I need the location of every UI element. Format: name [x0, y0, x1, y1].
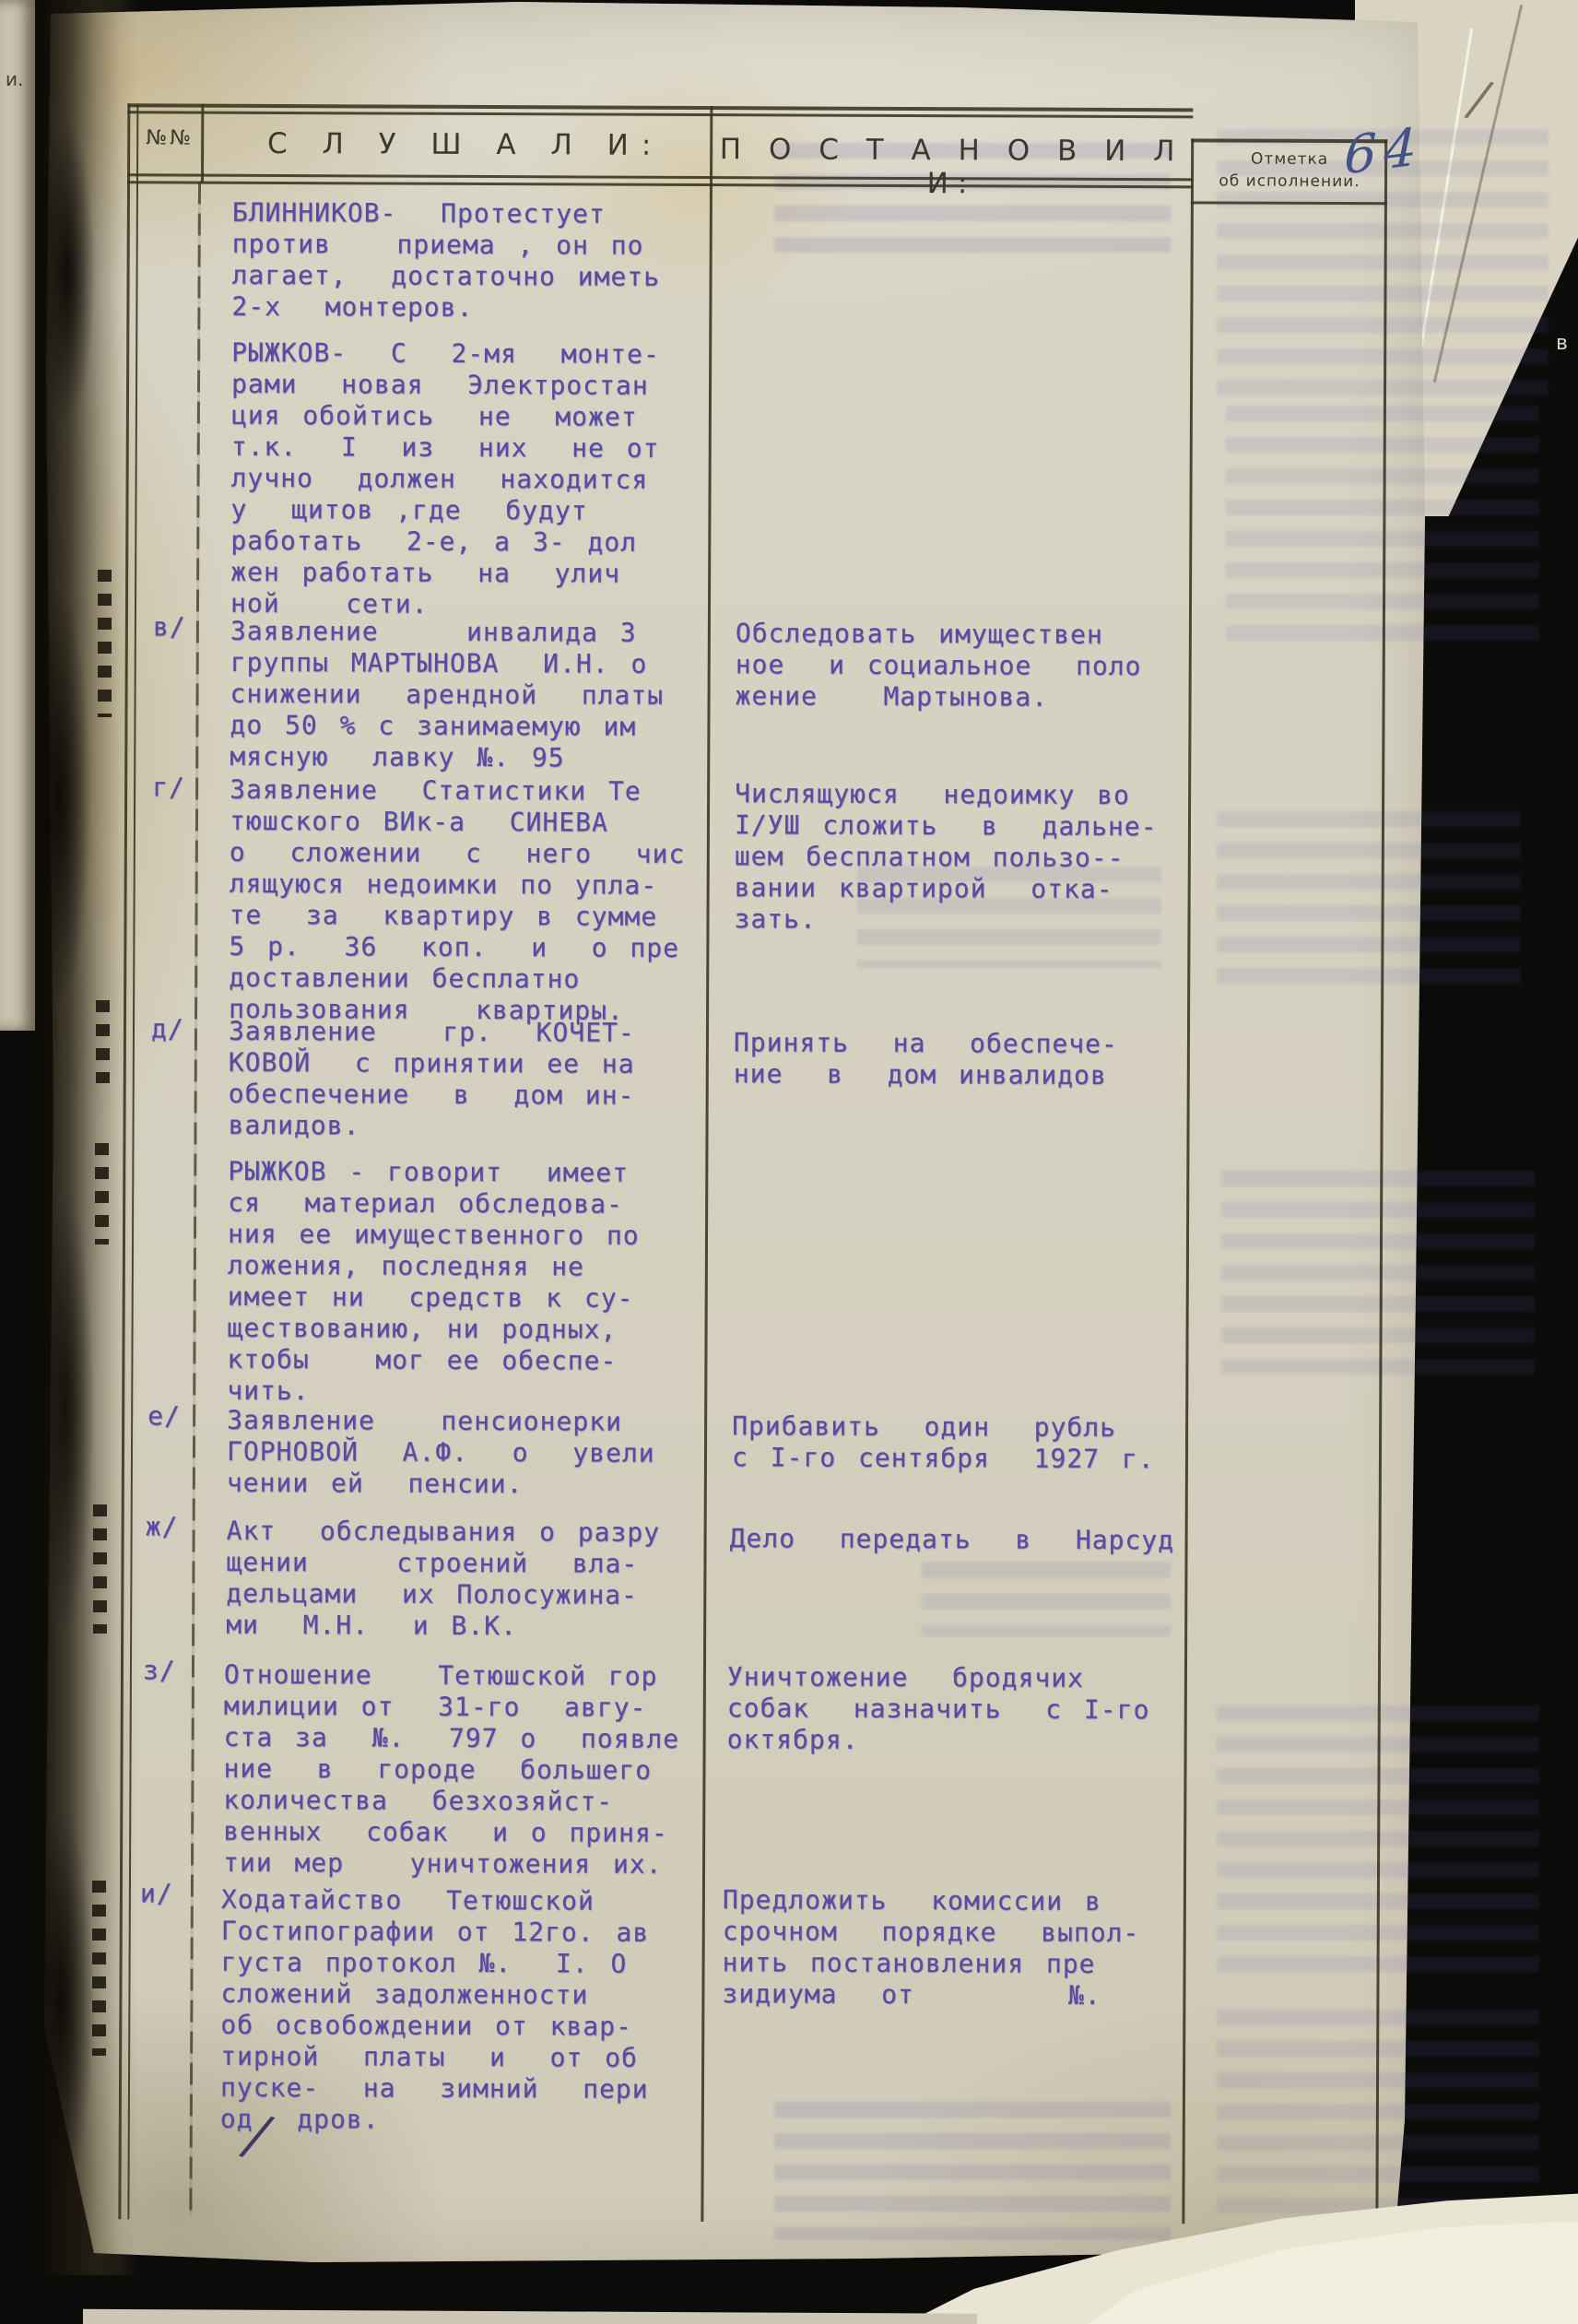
header-resolved-column: П О С Т А Н О В И Л И: — [714, 133, 1189, 201]
heard-paragraph: РЫЖКОВ - говорит имеет ся материал обсле… — [227, 1156, 716, 1409]
resolved-paragraph: Числящуюся недоимку во I/УШ сложить в да… — [734, 778, 1195, 937]
heard-paragraph: Отношение Тетюшской гор милиции от 31-го… — [223, 1659, 722, 1881]
heard-paragraph: БЛИННИКОВ- Протестует против приема , он… — [231, 197, 721, 324]
resolved-note-divider — [1182, 138, 1194, 2224]
row-letter: г/ — [152, 772, 217, 803]
num-column-divider-header — [201, 104, 204, 183]
resolved-paragraph: Прибавить один рубль с I-го сентября 192… — [732, 1410, 1193, 1475]
note-box-bottom-line — [1191, 201, 1387, 205]
resolved-paragraph: Дело передать в Нарсуд — [730, 1523, 1191, 1556]
heard-paragraph: Заявление пенсионерки ГОРНОВОЙ А.Ф. о ув… — [227, 1405, 715, 1501]
row-letter: в/ — [153, 611, 218, 643]
row-letter: и/ — [140, 1878, 205, 1909]
num-column-divider — [189, 183, 201, 2215]
row-letter: е/ — [147, 1400, 212, 1432]
row-letter: д/ — [151, 1013, 216, 1044]
resolved-paragraph: Уничтожение бродячих собак назначить с I… — [727, 1661, 1188, 1757]
heard-paragraph: Акт обследывания о разру щении строений … — [226, 1516, 724, 1643]
heard-paragraph: РЫЖКОВ- С 2-мя монте- рами новая Электро… — [230, 337, 720, 621]
heard-paragraph: Заявление инвалида 3 группы МАРТЫНОВА И.… — [230, 616, 719, 774]
row-letter: з/ — [143, 1655, 207, 1686]
resolved-paragraph: Обследовать имуществен ное и социальное … — [736, 618, 1196, 714]
header-heard-column: С Л У Ш А Л И: — [221, 127, 710, 162]
table-left-border-inner — [127, 103, 138, 2219]
resolved-paragraph: Принять на обеспече- ние в дом инвалидов — [734, 1027, 1195, 1091]
resolved-paragraph: Предложить комиссии в срочном порядке вы… — [722, 1884, 1183, 2011]
archival-scan: и. №№ С Л У Ш А Л И: П О С Т — [0, 0, 1578, 2324]
row-letter: ж/ — [146, 1511, 210, 1542]
right-edge-text-fragment: в — [1556, 332, 1568, 355]
handwritten-page-number: 64 — [1344, 116, 1425, 186]
heard-paragraph: Заявление Статистики Те тюшского ВИк-а С… — [229, 774, 718, 1027]
table-top-line-outer — [127, 103, 1193, 112]
table-right-border — [1375, 139, 1387, 2224]
table-top-line-inner — [127, 111, 1193, 118]
heard-paragraph: Ходатайство Тетюшской Гостипографии от 1… — [220, 1884, 719, 2137]
minutes-table: №№ С Л У Ш А Л И: П О С Т А Н О В И Л И:… — [0, 0, 1578, 2324]
header-num-column: №№ — [146, 126, 194, 149]
heard-paragraph: Заявление гр. КОЧЕТ- КОВОЙ с принятии ее… — [228, 1016, 717, 1143]
